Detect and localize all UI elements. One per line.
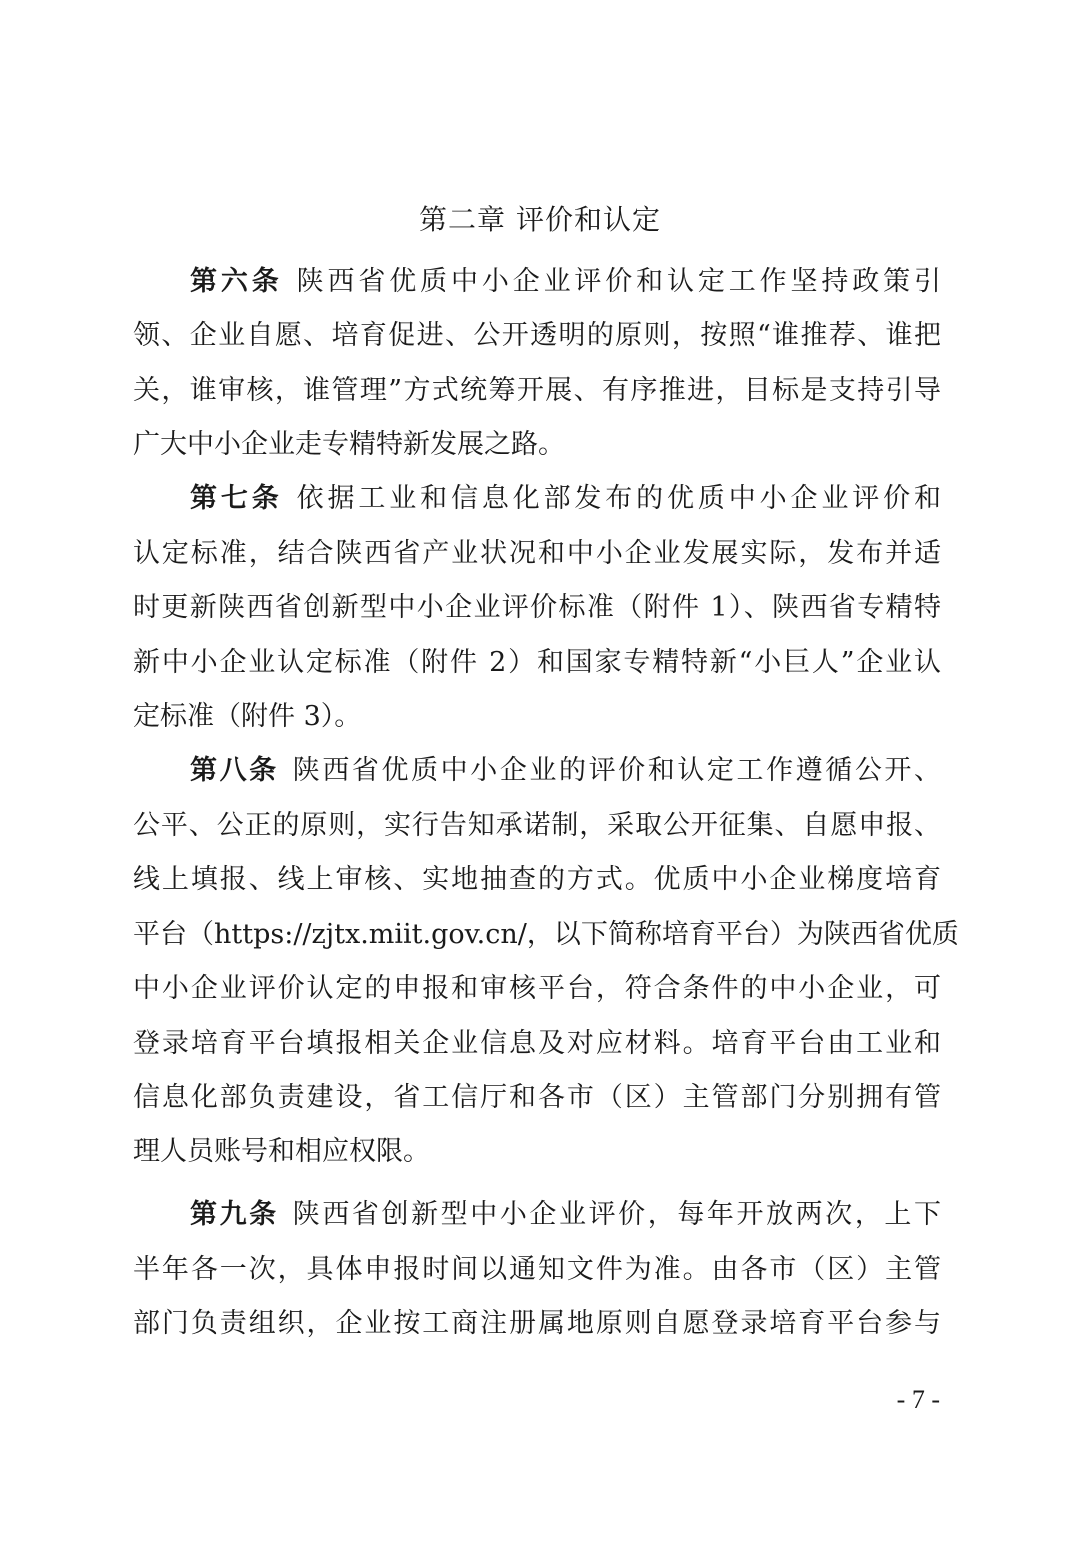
article-9-line-3: 部门负责组织，企业按工商注册属地原则自愿登录培育平台参与: [133, 1304, 941, 1344]
article-9-line-2: 半年各一次，具体申报时间以通知文件为准。由各市（区）主管: [133, 1250, 941, 1290]
article-7-line-5: 定标准（附件 3）。: [133, 697, 941, 737]
article-8-line-8: 理人员账号和相应权限。: [133, 1132, 941, 1172]
article-number: 第九条: [190, 1199, 279, 1230]
article-text: 陕西省优质中小企业的评价和认定工作遵循公开、: [293, 755, 941, 786]
article-number: 第八条: [190, 755, 279, 786]
article-number: 第六条: [190, 266, 283, 297]
article-text: 陕西省创新型中小企业评价，每年开放两次，上下: [293, 1199, 941, 1230]
article-9-line-1: 第九条陕西省创新型中小企业评价，每年开放两次，上下: [190, 1195, 941, 1235]
article-7-line-2: 认定标准，结合陕西省产业状况和中小企业发展实际，发布并适: [133, 534, 941, 574]
article-7-line-3: 时更新陕西省创新型中小企业评价标准（附件 1）、陕西省专精特: [133, 588, 941, 628]
article-6-line-4: 广大中小企业走专精特新发展之路。: [133, 425, 941, 465]
article-7-line-1: 第七条依据工业和信息化部发布的优质中小企业评价和: [190, 479, 941, 519]
article-7-line-4: 新中小企业认定标准（附件 2）和国家专精特新“小巨人”企业认: [133, 643, 941, 683]
article-8-line-2: 公平、公正的原则，实行告知承诺制，采取公开征集、自愿申报、: [133, 806, 941, 846]
article-6-line-3: 关，谁审核，谁管理”方式统筹开展、有序推进，目标是支持引导: [133, 371, 941, 411]
article-8-line-1: 第八条陕西省优质中小企业的评价和认定工作遵循公开、: [190, 751, 941, 791]
article-6-line-1: 第六条陕西省优质中小企业评价和认定工作坚持政策引: [190, 262, 941, 302]
article-number: 第七条: [190, 483, 283, 514]
page-number: - 7 -: [880, 1382, 940, 1418]
article-text: 依据工业和信息化部发布的优质中小企业评价和: [297, 483, 941, 514]
article-8-line-3: 线上填报、线上审核、实地抽查的方式。优质中小企业梯度培育: [133, 860, 941, 900]
article-8-line-6: 登录培育平台填报相关企业信息及对应材料。培育平台由工业和: [133, 1024, 941, 1064]
article-6-line-2: 领、企业自愿、培育促进、公开透明的原则，按照“谁推荐、谁把: [133, 316, 941, 356]
chapter-title: 第二章 评价和认定: [0, 200, 1080, 240]
article-8-line-5: 中小企业评价认定的申报和审核平台，符合条件的中小企业，可: [133, 969, 941, 1009]
article-8-line-4: 平台（https://zjtx.miit.gov.cn/，以下简称培育平台）为陕…: [133, 915, 941, 955]
document-page: 第二章 评价和认定 第六条陕西省优质中小企业评价和认定工作坚持政策引 领、企业自…: [0, 0, 1080, 1544]
article-8-line-7: 信息化部负责建设，省工信厅和各市（区）主管部门分别拥有管: [133, 1078, 941, 1118]
article-text: 陕西省优质中小企业评价和认定工作坚持政策引: [297, 266, 941, 297]
